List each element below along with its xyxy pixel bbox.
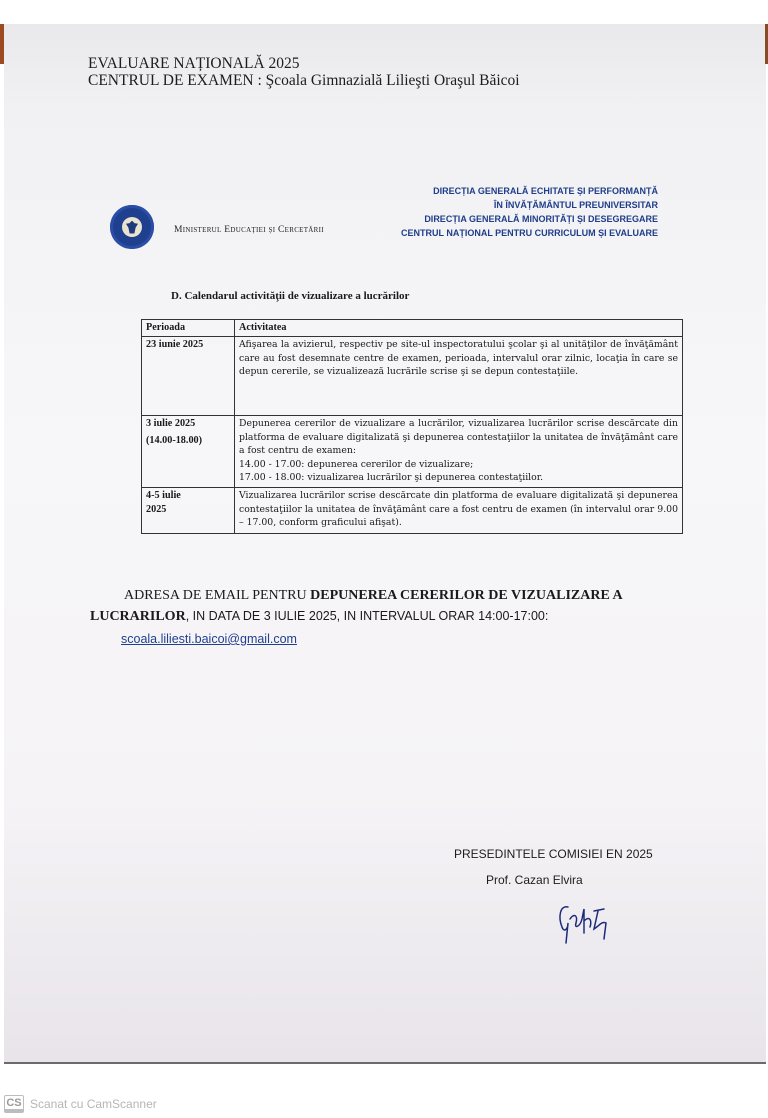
- header-line-2: CENTRUL DE EXAMEN : Şcoala Gimnazială Li…: [88, 72, 520, 89]
- directorate-line: CENTRUL NAȚIONAL PENTRU CURRICULUM ȘI EV…: [401, 226, 658, 240]
- email-title-suffix: , IN DATA DE 3 IULIE 2025, IN INTERVALUL…: [186, 609, 549, 623]
- activity-text: 17.00 - 18.00: vizualizarea lucrărilor ş…: [239, 471, 678, 485]
- handwritten-signature-icon: [554, 899, 653, 952]
- period-cell: 3 iulie 2025 (14.00-18.00): [142, 416, 235, 488]
- government-seal-icon: [110, 205, 154, 249]
- activity-cell: Vizualizarea lucrărilor scrise descărcat…: [235, 488, 683, 534]
- period-text: 2025: [146, 503, 230, 517]
- directorate-line: DIRECȚIA GENERALĂ ECHITATE ȘI PERFORMANȚ…: [401, 184, 658, 198]
- period-text: 3 iulie 2025: [146, 417, 230, 431]
- camscanner-logo-icon: CS: [4, 1095, 24, 1113]
- signatory-name: Prof. Cazan Elvira: [486, 873, 653, 887]
- column-header-period: Perioada: [142, 320, 235, 337]
- watermark-text: Scanat cu CamScanner: [30, 1097, 157, 1111]
- column-header-activity: Activitatea: [235, 320, 683, 337]
- signature-block: PRESEDINTELE COMISIEI EN 2025 Prof. Caza…: [454, 847, 653, 952]
- section-title: D. Calendarul activităţii de vizualizare…: [171, 290, 409, 302]
- eagle-icon: [126, 221, 138, 234]
- scanned-page: EVALUARE NAȚIONALĂ 2025 CENTRUL DE EXAME…: [4, 24, 766, 1064]
- directorates-block: DIRECȚIA GENERALĂ ECHITATE ȘI PERFORMANȚ…: [401, 184, 658, 240]
- activity-text: Afişarea la avizierul, respectiv pe site…: [239, 338, 678, 379]
- signature-title: PRESEDINTELE COMISIEI EN 2025: [454, 847, 653, 861]
- period-cell: 23 iunie 2025: [142, 337, 235, 416]
- email-title-prefix: ADRESA DE EMAIL PENTRU: [124, 588, 310, 603]
- email-section-title: ADRESA DE EMAIL PENTRU DEPUNEREA CERERIL…: [90, 586, 670, 627]
- period-time: (14.00-18.00): [146, 434, 230, 448]
- scanner-watermark: CS Scanat cu CamScanner: [4, 1095, 157, 1113]
- activity-text: Depunerea cererilor de vizualizare a luc…: [239, 417, 678, 458]
- header-line-1: EVALUARE NAȚIONALĂ 2025: [88, 55, 520, 72]
- calendar-table: Perioada Activitatea 23 iunie 2025 Afişa…: [141, 319, 683, 534]
- ministry-name: Ministerul Educației și Cercetării: [174, 225, 324, 235]
- directorate-line: ÎN ÎNVĂȚĂMÂNTUL PREUNIVERSITAR: [401, 198, 658, 212]
- ministry-logo-block: Ministerul Educației și Cercetării: [110, 205, 324, 249]
- activity-cell: Depunerea cererilor de vizualizare a luc…: [235, 416, 683, 488]
- table-header-row: Perioada Activitatea: [142, 320, 683, 337]
- period-cell: 4-5 iulie 2025: [142, 488, 235, 534]
- document-header: EVALUARE NAȚIONALĂ 2025 CENTRUL DE EXAME…: [88, 55, 520, 89]
- email-link[interactable]: scoala.liliesti.baicoi@gmail.com: [121, 632, 297, 646]
- period-text: 4-5 iulie: [146, 489, 230, 503]
- activity-text: 14.00 - 17.00: depunerea cererilor de vi…: [239, 458, 678, 472]
- activity-text: Vizualizarea lucrărilor scrise descărcat…: [239, 489, 678, 530]
- activity-cell: Afişarea la avizierul, respectiv pe site…: [235, 337, 683, 416]
- table-row: 4-5 iulie 2025 Vizualizarea lucrărilor s…: [142, 488, 683, 534]
- directorate-line: DIRECȚIA GENERALĂ MINORITĂȚI ȘI DESEGREG…: [401, 212, 658, 226]
- table-row: 23 iunie 2025 Afişarea la avizierul, res…: [142, 337, 683, 416]
- period-text: 23 iunie 2025: [146, 338, 230, 352]
- table-row: 3 iulie 2025 (14.00-18.00) Depunerea cer…: [142, 416, 683, 488]
